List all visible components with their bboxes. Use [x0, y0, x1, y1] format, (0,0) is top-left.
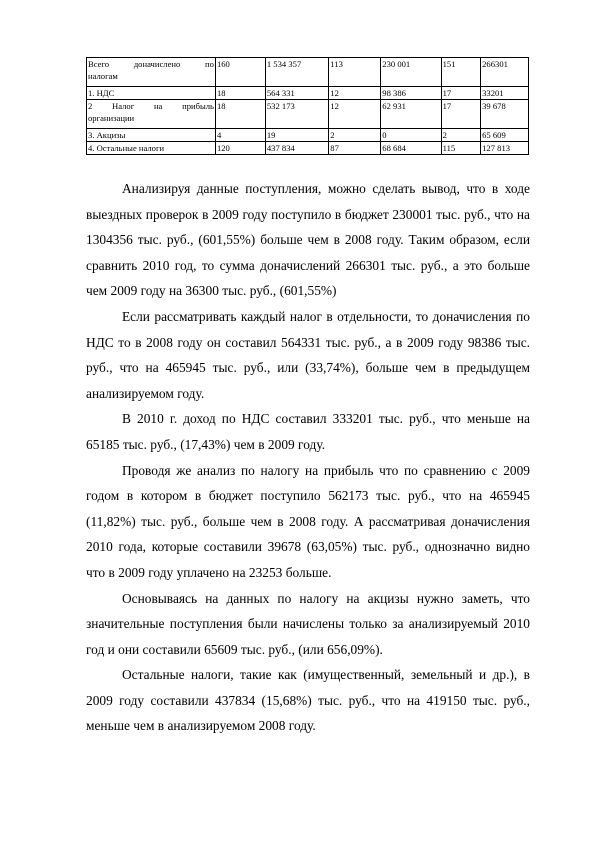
table-cell: 17 — [441, 100, 481, 129]
table-cell: 160 — [215, 58, 265, 87]
table-cell: 18 — [215, 87, 265, 100]
document-page: Всегодоначисленопо налогам 160 1 534 357… — [0, 0, 595, 842]
paragraph-total-analysis: Анализируя данные поступления, можно сде… — [86, 176, 530, 304]
table-cell: 68 684 — [381, 142, 441, 155]
table-cell: 2 — [441, 129, 481, 142]
body-text: Анализируя данные поступления, можно сде… — [86, 176, 530, 739]
row-label-line2: налогам — [88, 70, 214, 82]
table-cell: 564 331 — [265, 87, 328, 100]
table-row-total: Всегодоначисленопо налогам 160 1 534 357… — [87, 58, 529, 87]
table-cell: 65 609 — [481, 129, 529, 142]
table-cell: 98 386 — [381, 87, 441, 100]
paragraph-vat-2010: В 2010 г. доход по НДС составил 333201 т… — [86, 406, 530, 457]
row-label: 1. НДС — [87, 87, 216, 100]
row-label-line1: Всегодоначисленопо — [88, 58, 214, 70]
table-cell: 18 — [215, 100, 265, 129]
row-label: Всегодоначисленопо налогам — [87, 58, 216, 87]
table-cell: 17 — [441, 87, 481, 100]
table-row-profit-tax: 2Налогнаприбыль организации 18 532 173 1… — [87, 100, 529, 129]
table-cell: 12 — [329, 87, 381, 100]
table-cell: 230 001 — [381, 58, 441, 87]
table-cell: 19 — [265, 129, 328, 142]
table-cell: 1 534 357 — [265, 58, 328, 87]
table-cell: 437 834 — [265, 142, 328, 155]
tax-accruals-table: Всегодоначисленопо налогам 160 1 534 357… — [86, 57, 529, 155]
table-cell: 4 — [215, 129, 265, 142]
table-cell: 127 813 — [481, 142, 529, 155]
table-cell: 151 — [441, 58, 481, 87]
table-cell: 87 — [329, 142, 381, 155]
paragraph-profit-tax: Проводя же анализ по налогу на прибыль ч… — [86, 458, 530, 586]
table-row-other-taxes: 4. Остальные налоги 120 437 834 87 68 68… — [87, 142, 529, 155]
table-cell: 532 173 — [265, 100, 328, 129]
paragraph-vat: Если рассматривать каждый налог в отдель… — [86, 304, 530, 406]
table-cell: 39 678 — [481, 100, 529, 129]
row-label-line2: организации — [88, 112, 214, 124]
table-cell: 33201 — [481, 87, 529, 100]
table-cell: 120 — [215, 142, 265, 155]
table-cell: 115 — [441, 142, 481, 155]
table-cell: 266301 — [481, 58, 529, 87]
table-cell: 113 — [329, 58, 381, 87]
table-cell: 62 931 — [381, 100, 441, 129]
table-cell: 2 — [329, 129, 381, 142]
paragraph-other-taxes: Остальные налоги, такие как (имущественн… — [86, 662, 530, 739]
row-label: 4. Остальные налоги — [87, 142, 216, 155]
table-row-vat: 1. НДС 18 564 331 12 98 386 17 33201 — [87, 87, 529, 100]
row-label: 2Налогнаприбыль организации — [87, 100, 216, 129]
table-cell: 12 — [329, 100, 381, 129]
paragraph-excise: Основываясь на данных по налогу на акциз… — [86, 586, 530, 663]
row-label-line1: 2Налогнаприбыль — [88, 100, 214, 112]
table-cell: 0 — [381, 129, 441, 142]
row-label: 3. Акцизы — [87, 129, 216, 142]
table-row-excise: 3. Акцизы 4 19 2 0 2 65 609 — [87, 129, 529, 142]
